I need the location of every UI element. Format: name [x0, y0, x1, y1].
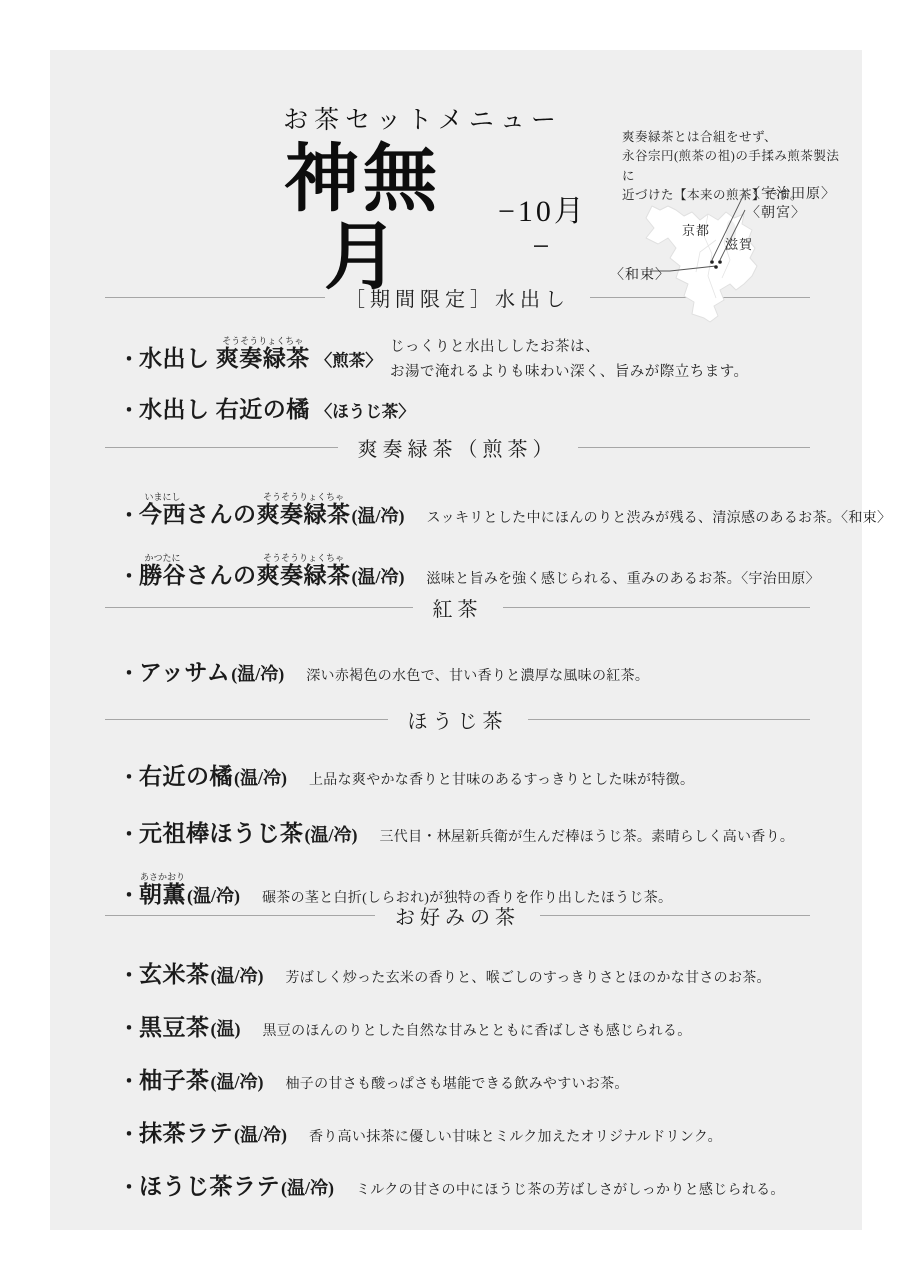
map-label-shiga: 滋賀 — [725, 234, 753, 253]
menu-item: ・抹茶ラテ(温/冷)香り高い抹茶に優しい甘味とミルク加えたオリジナルドリンク。 — [119, 1107, 810, 1160]
item-temperature: (温/冷) — [352, 502, 405, 528]
item-name: 玄米茶 — [139, 956, 210, 989]
divider-line-left — [105, 447, 338, 448]
item-description: 深い赤褐色の水色で、甘い香りと濃厚な風味の紅茶。 — [306, 665, 649, 685]
item-description: 上品な爽やかな香りと甘味のあるすっきりとした味が特徴。 — [309, 769, 694, 789]
section-title: お好みの茶 — [375, 901, 540, 930]
item-bullet: ・ — [119, 1012, 139, 1041]
divider-line-right — [503, 607, 811, 608]
menu-item: ・今西いまにしさんの爽奏緑茶そうそうりょくちゃ(温/冷)スッキリとした中にほんの… — [119, 482, 810, 543]
section-header: 爽奏緑茶（煎茶） — [105, 433, 810, 462]
item-name: アッサム — [139, 654, 230, 687]
section-items: ・アッサム(温/冷)深い赤褐色の水色で、甘い香りと濃厚な風味の紅茶。 — [105, 644, 810, 701]
item-name: 今西いまにしさんの爽奏緑茶そうそうりょくちゃ — [139, 492, 351, 529]
item-name: 勝谷かつたにさんの爽奏緑茶そうそうりょくちゃ — [139, 553, 351, 590]
map-label-asamiya: 〈朝宮〉 — [746, 202, 806, 222]
item-bullet: ・ — [119, 818, 139, 847]
menu-item: ・ほうじ茶ラテ(温/冷)ミルクの甘さの中にほうじ茶の芳ばしさがしっかりと感じられ… — [119, 1160, 810, 1213]
section-title: 紅茶 — [413, 593, 503, 622]
menu-section-4: ほうじ茶・右近の橘(温/冷)上品な爽やかな香りと甘味のあるすっきりとした味が特徴… — [105, 705, 810, 923]
item-temperature: (温/冷) — [211, 962, 264, 988]
item-description: 柚子の甘さも酸っぱさも堪能できる飲みやすいお茶。 — [286, 1073, 629, 1093]
item-temperature: (温/冷) — [281, 1174, 334, 1200]
section-header: ほうじ茶 — [105, 705, 810, 734]
item-bullet: ・ — [119, 1171, 139, 1200]
item-description: スッキリとした中にほんのりと渋みが残る、清涼感のあるお茶。〈和束〉 — [427, 507, 892, 527]
divider-line-left — [105, 297, 325, 298]
menu-section-5: お好みの茶・玄米茶(温/冷)芳ばしく炒った玄米の香りと、喉ごしのすっきりさとほの… — [105, 901, 810, 1213]
item-bullet: ・ — [119, 560, 139, 589]
item-description: 香り高い抹茶に優しい甘味とミルク加えたオリジナルドリンク。 — [309, 1126, 722, 1146]
section-items: ・今西いまにしさんの爽奏緑茶そうそうりょくちゃ(温/冷)スッキリとした中にほんの… — [105, 482, 810, 604]
divider-line-left — [105, 719, 388, 720]
menu-month: −10月− — [490, 186, 595, 264]
section-items: ・右近の橘(温/冷)上品な爽やかな香りと甘味のあるすっきりとした味が特徴。・元祖… — [105, 748, 810, 923]
item-bullet: ・ — [119, 1118, 139, 1147]
item-bullet: ・ — [119, 394, 139, 423]
item-description: 滋味と旨みを強く感じられる、重みのあるお茶。〈宇治田原〉 — [427, 568, 820, 588]
menu-item: ・黒豆茶(温)黒豆のほんのりとした自然な甘みとともに香ばしさも感じられる。 — [119, 1001, 810, 1054]
section-title: ［期間限定］水出し — [325, 283, 590, 312]
map-label-ujitawara: 〈宇治田原〉 — [746, 183, 836, 203]
menu-item: ・玄米茶(温/冷)芳ばしく炒った玄米の香りと、喉ごしのすっきりさとほのかな甘さの… — [119, 948, 810, 1001]
item-description: 黒豆のほんのりとした自然な甘みとともに香ばしさも感じられる。 — [263, 1020, 692, 1040]
section-header: お好みの茶 — [105, 901, 810, 930]
item-description: ミルクの甘さの中にほうじ茶の芳ばしさがしっかりと感じられる。 — [356, 1179, 785, 1199]
item-name: 元祖棒ほうじ茶 — [139, 815, 304, 848]
section-title: 爽奏緑茶（煎茶） — [338, 433, 578, 462]
item-temperature: (温/冷) — [231, 660, 284, 686]
item-bullet: ・ — [119, 657, 139, 686]
menu-item: ・柚子茶(温/冷)柚子の甘さも酸っぱさも堪能できる飲みやすいお茶。 — [119, 1054, 810, 1107]
section-shared-description: じっくりと水出ししたお茶は、お湯で淹れるよりも味わい深く、旨みが際立ちます。 — [390, 335, 749, 384]
region-map: 〈宇治田原〉 〈朝宮〉 〈和束〉 京都 滋賀 — [612, 180, 862, 340]
item-bullet: ・ — [119, 959, 139, 988]
section-header: 紅茶 — [105, 593, 810, 622]
divider-line-right — [578, 447, 811, 448]
item-name: 柚子茶 — [139, 1062, 210, 1095]
menu-item: ・水出し 右近の橘〈ほうじ茶〉 — [119, 381, 810, 432]
item-temperature: (温/冷) — [352, 563, 405, 589]
item-bullet: ・ — [119, 761, 139, 790]
menu-section-3: 紅茶・アッサム(温/冷)深い赤褐色の水色で、甘い香りと濃厚な風味の紅茶。 — [105, 593, 810, 701]
menu-section-2: 爽奏緑茶（煎茶）・今西いまにしさんの爽奏緑茶そうそうりょくちゃ(温/冷)スッキリ… — [105, 433, 810, 604]
item-bullet: ・ — [119, 499, 139, 528]
item-name: 抹茶ラテ — [139, 1115, 233, 1148]
item-tea-type: 〈煎茶〉 — [316, 347, 382, 371]
item-description: 三代目・林屋新兵衛が生んだ棒ほうじ茶。素晴らしく高い香り。 — [380, 826, 795, 846]
menu-title: 神無月 — [250, 142, 476, 297]
divider-line-left — [105, 915, 375, 916]
section-items: ・玄米茶(温/冷)芳ばしく炒った玄米の香りと、喉ごしのすっきりさとほのかな甘さの… — [105, 948, 810, 1213]
kyoto-shiga-map-shape — [612, 180, 862, 340]
item-name: ほうじ茶ラテ — [139, 1168, 280, 1201]
shared-description-line: お湯で淹れるよりも味わい深く、旨みが際立ちます。 — [390, 360, 749, 385]
divider-line-right — [528, 719, 811, 720]
item-bullet: ・ — [119, 343, 139, 372]
divider-line-right — [540, 915, 810, 916]
menu-page: お茶セットメニュー 神無月 −10月− 爽奏緑茶とは合組をせず、 永谷宗円(煎茶… — [50, 50, 862, 1230]
item-name: 黒豆茶 — [139, 1009, 210, 1042]
item-name: 右近の橘 — [139, 758, 233, 791]
title-block: お茶セットメニュー 神無月 −10月− — [250, 100, 595, 297]
item-name: 水出し 右近の橘 — [139, 391, 310, 424]
map-label-kyoto: 京都 — [682, 220, 710, 239]
menu-subtitle: お茶セットメニュー — [250, 100, 595, 136]
item-description: 芳ばしく炒った玄米の香りと、喉ごしのすっきりさとほのかな甘さのお茶。 — [286, 967, 771, 987]
map-label-wazuka: 〈和束〉 — [610, 264, 670, 284]
item-temperature: (温/冷) — [211, 1068, 264, 1094]
section-title: ほうじ茶 — [388, 705, 528, 734]
title-row: 神無月 −10月− — [250, 142, 595, 297]
item-bullet: ・ — [119, 1065, 139, 1094]
divider-line-left — [105, 607, 413, 608]
item-tea-type: 〈ほうじ茶〉 — [316, 398, 415, 422]
menu-item: ・アッサム(温/冷)深い赤褐色の水色で、甘い香りと濃厚な風味の紅茶。 — [119, 644, 810, 701]
item-name: 水出し 爽奏緑茶そうそうりょくちゃ — [139, 336, 310, 373]
item-temperature: (温/冷) — [305, 821, 358, 847]
menu-item: ・右近の橘(温/冷)上品な爽やかな香りと甘味のあるすっきりとした味が特徴。 — [119, 748, 810, 805]
item-temperature: (温/冷) — [234, 1121, 287, 1147]
item-temperature: (温) — [211, 1015, 241, 1041]
menu-item: ・元祖棒ほうじ茶(温/冷)三代目・林屋新兵衛が生んだ棒ほうじ茶。素晴らしく高い香… — [119, 805, 810, 862]
item-temperature: (温/冷) — [234, 764, 287, 790]
